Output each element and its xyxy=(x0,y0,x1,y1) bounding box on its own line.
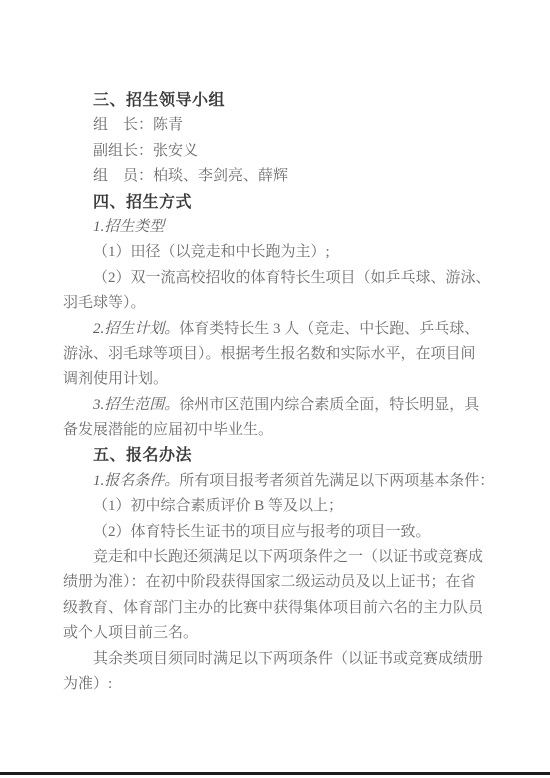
document-line: （1）田径（以竞走和中长跑为主）; xyxy=(63,240,489,265)
bottom-divider-bar xyxy=(0,772,550,775)
document-line: 其余类项目须同时满足以下两项条件（以证书或竞赛成绩册 xyxy=(63,647,489,672)
line-text: 备发展潜能的应届初中毕业生。 xyxy=(63,422,273,438)
line-text: 其余类项目须同时满足以下两项条件（以证书或竞赛成绩册 xyxy=(93,651,483,667)
document-line: 备发展潜能的应届初中毕业生。 xyxy=(63,418,489,443)
document-line: （2）双一流高校招收的体育特长生项目（如乒乓球、游泳、 xyxy=(63,266,489,291)
line-text: 为准）: xyxy=(63,676,112,692)
document-line: 1.报名条件。所有项目报考者须首先满足以下两项基本条件： xyxy=(63,469,489,494)
line-text: 游泳、羽毛球等项目）。根据考生报名数和实际水平，在项目间 xyxy=(63,346,476,362)
document-line: 级教育、体育部门主办的比赛中获得集体项目前六名的主力队员 xyxy=(63,596,489,621)
document-line: （1）初中综合素质评价 B 等及以上； xyxy=(63,494,489,519)
line-text: （2）双一流高校招收的体育特长生项目（如乒乓球、游泳、 xyxy=(93,270,491,286)
line-text: 五、报名办法 xyxy=(93,447,192,464)
document-line: 副组长：张安义 xyxy=(63,139,489,164)
document-line: 调剂使用计划。 xyxy=(63,367,489,392)
document-line: 竞走和中长跑还须满足以下两项条件之一（以证书或竞赛成 xyxy=(63,545,489,570)
line-text: 调剂使用计划。 xyxy=(63,371,168,387)
line-text: （2）体育特长生证书的项目应与报考的项目一致。 xyxy=(93,524,431,540)
line-label: 1.报名条件。 xyxy=(93,473,179,489)
line-text: （1）初中综合素质评价 B 等及以上； xyxy=(93,498,343,514)
line-text: 徐州市区范围内综合素质全面，特长明显，具 xyxy=(179,397,479,413)
line-label: 1.招生类型 xyxy=(93,219,164,235)
document-line: 游泳、羽毛球等项目）。根据考生报名数和实际水平，在项目间 xyxy=(63,342,489,367)
line-text: 竞走和中长跑还须满足以下两项条件之一（以证书或竞赛成 xyxy=(93,549,483,565)
document-line: （2）体育特长生证书的项目应与报考的项目一致。 xyxy=(63,520,489,545)
document-line: 绩册为准）：在初中阶段获得国家二级运动员及以上证书；在省 xyxy=(63,570,489,595)
line-text: 组 长：陈青 xyxy=(93,117,183,133)
document-line: 或个人项目前三名。 xyxy=(63,621,489,646)
document-body: 三、招生领导小组组 长：陈青副组长：张安义组 员：柏琰、李剑亮、薛辉四、招生方式… xyxy=(63,88,489,697)
line-text: （1）田径（以竞走和中长跑为主）; xyxy=(93,244,330,260)
document-line: 2.招生计划。体育类特长生 3 人（竞走、中长跑、乒乓球、 xyxy=(63,317,489,342)
line-text: 组 员：柏琰、李剑亮、薛辉 xyxy=(93,168,288,184)
document-page: 三、招生领导小组组 长：陈青副组长：张安义组 员：柏琰、李剑亮、薛辉四、招生方式… xyxy=(0,0,550,778)
line-text: 羽毛球等）。 xyxy=(63,295,146,311)
line-text: 三、招生领导小组 xyxy=(93,92,225,109)
document-line: 五、报名办法 xyxy=(63,443,489,468)
document-line: 三、招生领导小组 xyxy=(63,88,489,113)
document-line: 为准）: xyxy=(63,672,489,697)
line-text: 绩册为准）：在初中阶段获得国家二级运动员及以上证书；在省 xyxy=(63,574,476,590)
line-text: 所有项目报考者须首先满足以下两项基本条件： xyxy=(179,473,494,489)
line-label: 2.招生计划。 xyxy=(93,321,179,337)
line-text: 四、招生方式 xyxy=(93,194,192,211)
document-line: 羽毛球等）。 xyxy=(63,291,489,316)
document-line: 3.招生范围。徐州市区范围内综合素质全面，特长明显，具 xyxy=(63,393,489,418)
line-text: 副组长：张安义 xyxy=(93,143,198,159)
document-line: 四、招生方式 xyxy=(63,190,489,215)
document-line: 组 长：陈青 xyxy=(63,113,489,138)
line-text: 或个人项目前三名。 xyxy=(63,625,198,641)
line-text: 体育类特长生 3 人（竞走、中长跑、乒乓球、 xyxy=(179,321,479,337)
document-line: 组 员：柏琰、李剑亮、薛辉 xyxy=(63,164,489,189)
line-text: 级教育、体育部门主办的比赛中获得集体项目前六名的主力队员 xyxy=(63,600,483,616)
line-label: 3.招生范围。 xyxy=(93,397,179,413)
document-line: 1.招生类型 xyxy=(63,215,489,240)
